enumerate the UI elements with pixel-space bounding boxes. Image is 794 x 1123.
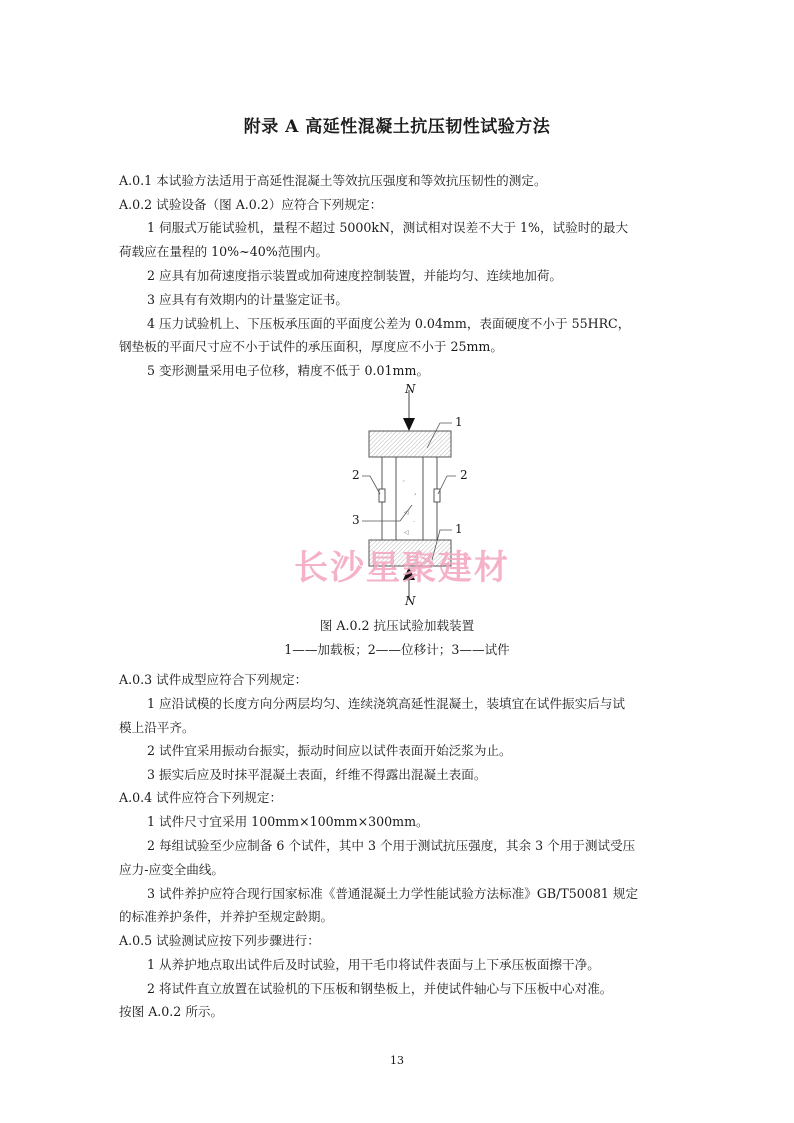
- page-title: 附录 A 高延性混凝土抗压韧性试验方法: [0, 112, 794, 137]
- svg-text:·: ·: [413, 519, 415, 526]
- clause-a04-item2: 2 每组试验至少应制备 6 个试件，其中 3 个用于测试抗压强度，其余 3 个用…: [147, 840, 635, 853]
- clause-a02-item1: 1 伺服式万能试验机，量程不超过 5000kN，测试相对误差不大于 1%，试验时…: [147, 222, 628, 235]
- clause-a04-item3-cont: 的标准养护条件，并养护至规定龄期。: [119, 911, 333, 924]
- clause-a03-item3: 3 振实后应及时抹平混凝土表面，纤维不得露出混凝土表面。: [147, 769, 486, 782]
- clause-a04-item3: 3 试件养护应符合现行国家标准《普通混凝土力学性能试验方法标准》GB/T5008…: [147, 888, 638, 901]
- loading-device-figure: ◦ › ◁ · ◁ N 1 2 2 3 1 N: [0, 378, 794, 608]
- clause-a02-heading: A.0.2 试验设备（图 A.0.2）应符合下列规定：: [119, 199, 382, 212]
- clause-a02-item5: 5 变形测量采用电子位移，精度不低于 0.01mm。: [147, 365, 429, 378]
- arrow-down-icon: [403, 418, 415, 431]
- clause-a02-item3: 3 应具有有效期内的计量鉴定证书。: [147, 294, 348, 307]
- clause-a05-heading: A.0.5 试验测试应按下列步骤进行：: [119, 935, 320, 948]
- clause-a05-item2-cont: 按图 A.0.2 所示。: [119, 1006, 223, 1019]
- svg-text:◦: ◦: [402, 478, 406, 485]
- page-number: 13: [0, 1054, 794, 1067]
- clause-a05-item2: 2 将试件直立放置在试验机的下压板和钢垫板上，并使试件轴心与下压板中心对准。: [147, 983, 612, 996]
- bottom-loading-plate: [369, 540, 451, 566]
- figure-caption: 图 A.0.2 抗压试验加载装置: [0, 615, 794, 634]
- svg-text:◁: ◁: [404, 529, 409, 536]
- clause-a02-item4-cont: 钢垫板的平面尺寸应不小于试件的承压面积，厚度应不小于 25mm。: [119, 341, 503, 354]
- specimen: [396, 457, 423, 540]
- clause-a03-item2: 2 试件宜采用振动台振实，振动时间应以试件表面开始泛浆为止。: [147, 745, 512, 758]
- clause-a01: A.0.1 本试验方法适用于高延性混凝土等效抗压强度和等效抗压韧性的测定。: [119, 175, 547, 188]
- clause-a02-item2: 2 应具有加荷速度指示装置或加荷速度控制装置，并能均匀、连续地加荷。: [147, 270, 562, 283]
- force-label-top: N: [405, 382, 416, 396]
- clause-a02-item1-cont: 荷载应在量程的 10%~40%范围内。: [119, 246, 328, 259]
- label-gauge-right: 2: [460, 468, 468, 482]
- label-plate-bottom: 1: [455, 522, 463, 536]
- clause-a04-item2-cont: 应力-应变全曲线。: [119, 864, 224, 877]
- clause-a02-item4: 4 压力试验机上、下压板承压面的平面度公差为 0.04mm，表面硬度不小于 55…: [147, 318, 630, 331]
- clause-a05-item1: 1 从养护地点取出试件后及时试验，用干毛巾将试件表面与上下承压板面擦干净。: [147, 959, 600, 972]
- clause-a04-item1: 1 试件尺寸宜采用 100mm×100mm×300mm。: [147, 816, 429, 829]
- displacement-gauge-left: [379, 489, 385, 502]
- loading-device-diagram: ◦ › ◁ · ◁: [0, 378, 794, 608]
- top-loading-plate: [369, 431, 451, 457]
- svg-text:›: ›: [414, 491, 416, 498]
- label-gauge-left: 2: [352, 468, 360, 482]
- clause-a03-heading: A.0.3 试件成型应符合下列规定：: [119, 674, 307, 687]
- figure-legend: 1——加载板；2——位移计；3——试件: [0, 639, 794, 658]
- clause-a03-item1: 1 应沿试模的长度方向分两层均匀、连续浇筑高延性混凝土，装填宜在试件振实后与试: [147, 698, 625, 711]
- clause-a04-heading: A.0.4 试件应符合下列规定：: [119, 792, 282, 805]
- clause-a03-item1-cont: 模上沿平齐。: [119, 722, 195, 735]
- force-label-bottom: N: [405, 594, 416, 608]
- label-plate-top: 1: [455, 415, 463, 429]
- label-specimen: 3: [352, 513, 360, 527]
- arrow-up-icon: [403, 567, 415, 580]
